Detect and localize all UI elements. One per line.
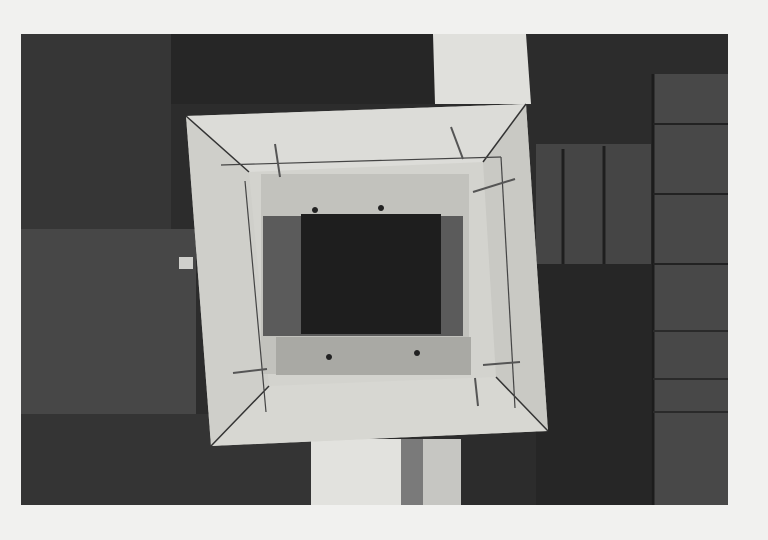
photograph xyxy=(21,34,728,505)
concrete-slab xyxy=(21,229,196,414)
dark-wall-left xyxy=(21,34,171,229)
photo-scene xyxy=(21,34,728,505)
dark-shadow-top xyxy=(171,34,451,104)
square-frame xyxy=(186,104,548,446)
post-top xyxy=(433,34,531,104)
small-bracket xyxy=(179,257,193,269)
post-bottom-side xyxy=(423,439,461,505)
inner-opening xyxy=(301,214,441,334)
post-bottom xyxy=(311,439,401,505)
post-bottom-shadow xyxy=(401,439,423,505)
